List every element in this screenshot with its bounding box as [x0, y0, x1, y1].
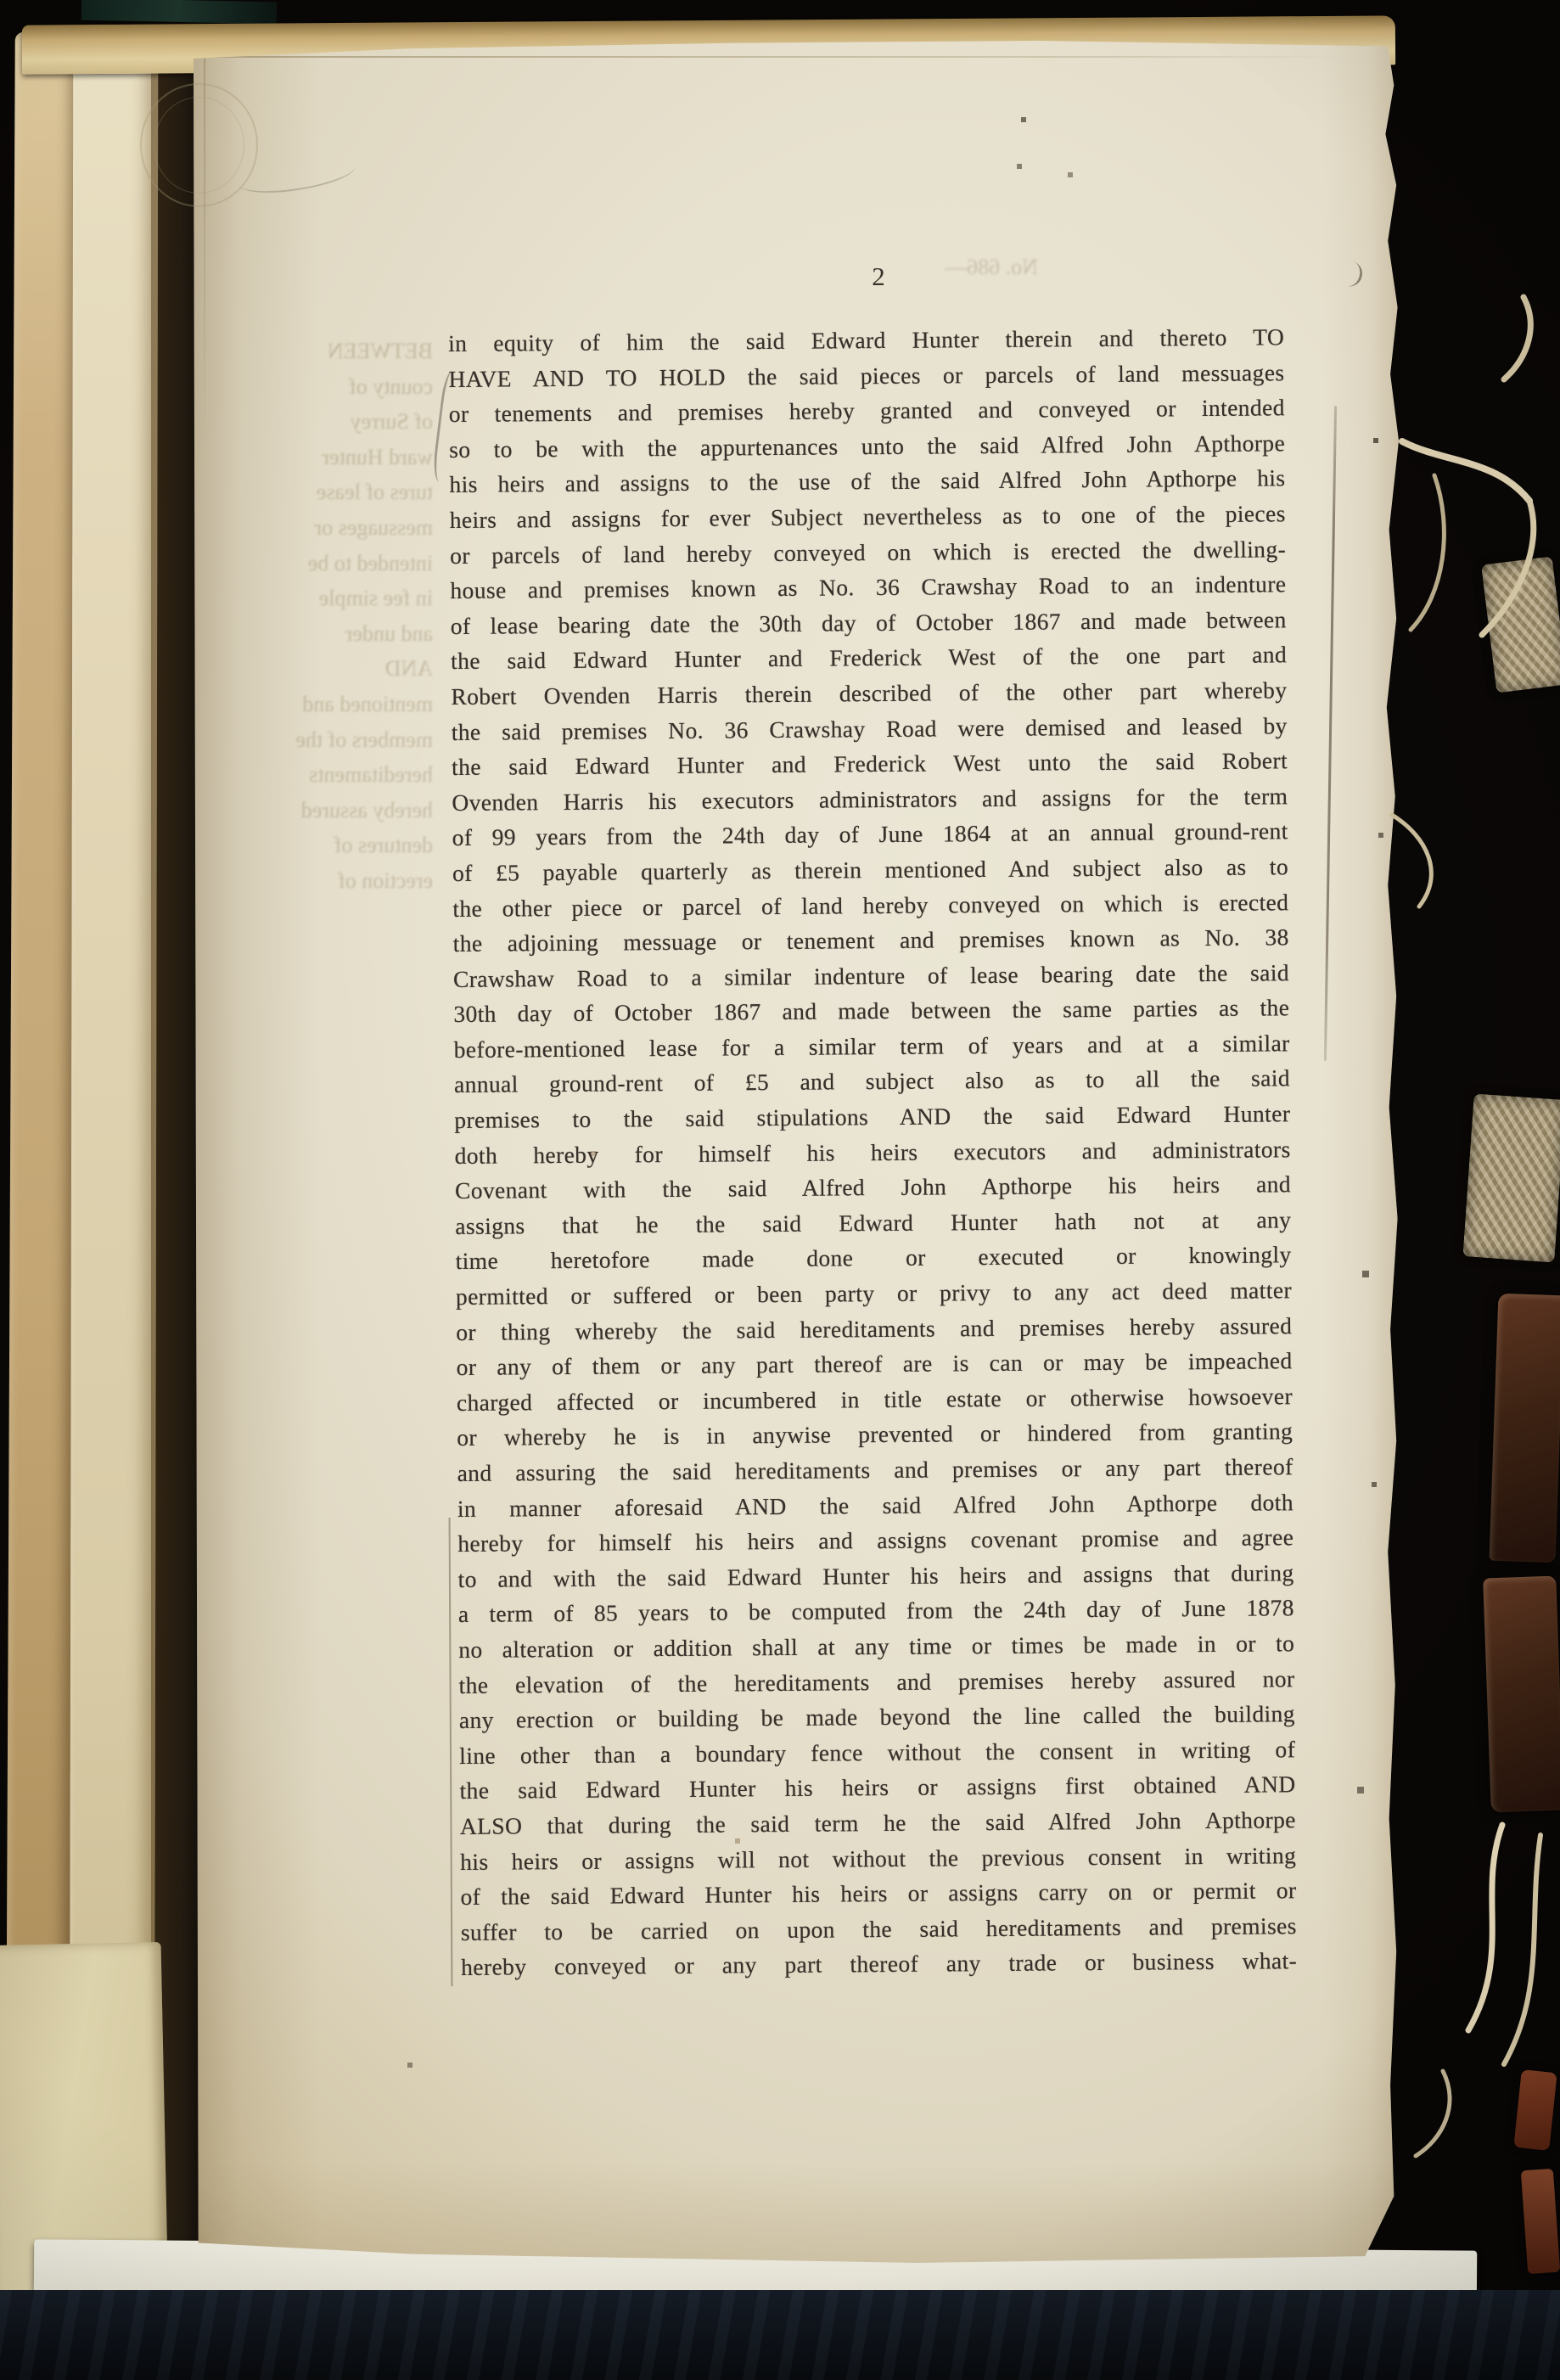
- margin-mark-right: [1324, 406, 1337, 1061]
- binding-leather-chip: [1521, 2169, 1560, 2274]
- page-number: 2: [461, 261, 1297, 299]
- bleed-through-line: tures of lease: [209, 474, 433, 510]
- bleed-through-line: hereditaments: [209, 757, 433, 793]
- margin-mark-left: [449, 1518, 453, 1986]
- embossed-stamp: [140, 83, 258, 207]
- text-line: any erection or building be made beyond …: [459, 1696, 1295, 1737]
- binding-leather-fragment: [1483, 1576, 1560, 1813]
- bleed-through-line: dentures of: [209, 828, 433, 863]
- deed-text: in equity of him the said Edward Hunter …: [448, 319, 1297, 1985]
- bleed-through-line: and under: [209, 616, 433, 652]
- pressed-border-line-top: [202, 56, 1339, 58]
- bleed-through-line: in fee simple: [209, 581, 433, 616]
- text-line: hereby for himself his heirs and assigns…: [457, 1519, 1293, 1561]
- bleed-through-line: of Surrey: [209, 404, 433, 440]
- text-line: of £5 payable quarterly as therein menti…: [452, 849, 1288, 890]
- bleed-through-line: messuages or: [209, 510, 433, 546]
- text-line: and assuring the said hereditaments and …: [457, 1449, 1293, 1490]
- text-line: Robert Ovenden Harris therein described …: [451, 672, 1287, 714]
- bleed-through-line: hereby assured: [209, 793, 433, 828]
- bleed-through-line: mentioned and: [209, 687, 433, 722]
- text-line: or any of them or any part thereof are i…: [456, 1343, 1292, 1384]
- bleed-through-line: BETWEEN: [209, 334, 433, 369]
- text-line: premises to the said stipulations AND th…: [454, 1096, 1290, 1137]
- binding-leather-chip: [1513, 2069, 1557, 2151]
- binding-cloth-patch: [1481, 556, 1560, 693]
- pen-mark: [1338, 259, 1366, 289]
- binding-leather-fragment: [1490, 1294, 1560, 1563]
- photo-of-deed-book: No. 686— 2 BETWEENcounty ofof Surreyward…: [0, 0, 1560, 2380]
- document-page: No. 686— 2 BETWEENcounty ofof Surreyward…: [194, 41, 1399, 2263]
- text-line: no alteration or addition shall at any t…: [458, 1625, 1294, 1667]
- text-line: of the said Edward Hunter his heirs or a…: [460, 1872, 1296, 1914]
- bleed-through-line: AND: [209, 651, 433, 687]
- bleed-through-text: BETWEENcounty ofof Surreyward Hunterture…: [209, 334, 433, 899]
- text-line: house and premises known as No. 36 Craws…: [450, 566, 1286, 608]
- text-line: ALSO that during the said term he the sa…: [460, 1802, 1296, 1844]
- bleed-through-line: ward Hunter: [209, 440, 433, 475]
- book-cover-top-edge: [81, 0, 277, 24]
- bleed-through-line: county of: [209, 369, 433, 405]
- bleed-through-line: erection of: [209, 863, 433, 899]
- text-line: or tenements and premises hereby granted…: [449, 390, 1285, 431]
- binding-cloth-patch: [1462, 1093, 1560, 1262]
- bleed-through-line: intended to be: [209, 546, 433, 581]
- book-cover-bottom: [0, 2290, 1560, 2380]
- text-line: the said Edward Hunter and Frederick Wes…: [452, 743, 1288, 784]
- bleed-through-line: members of the: [209, 722, 433, 758]
- text-line: heirs and assigns for ever Subject never…: [450, 496, 1286, 537]
- text-line: permitted or suffered or been party or p…: [456, 1272, 1292, 1314]
- text-line: in equity of him the said Edward Hunter …: [448, 319, 1284, 361]
- text-line: the adjoining messuage or tenement and p…: [453, 919, 1289, 961]
- text-line: hereby conveyed or any part thereof any …: [461, 1944, 1297, 1985]
